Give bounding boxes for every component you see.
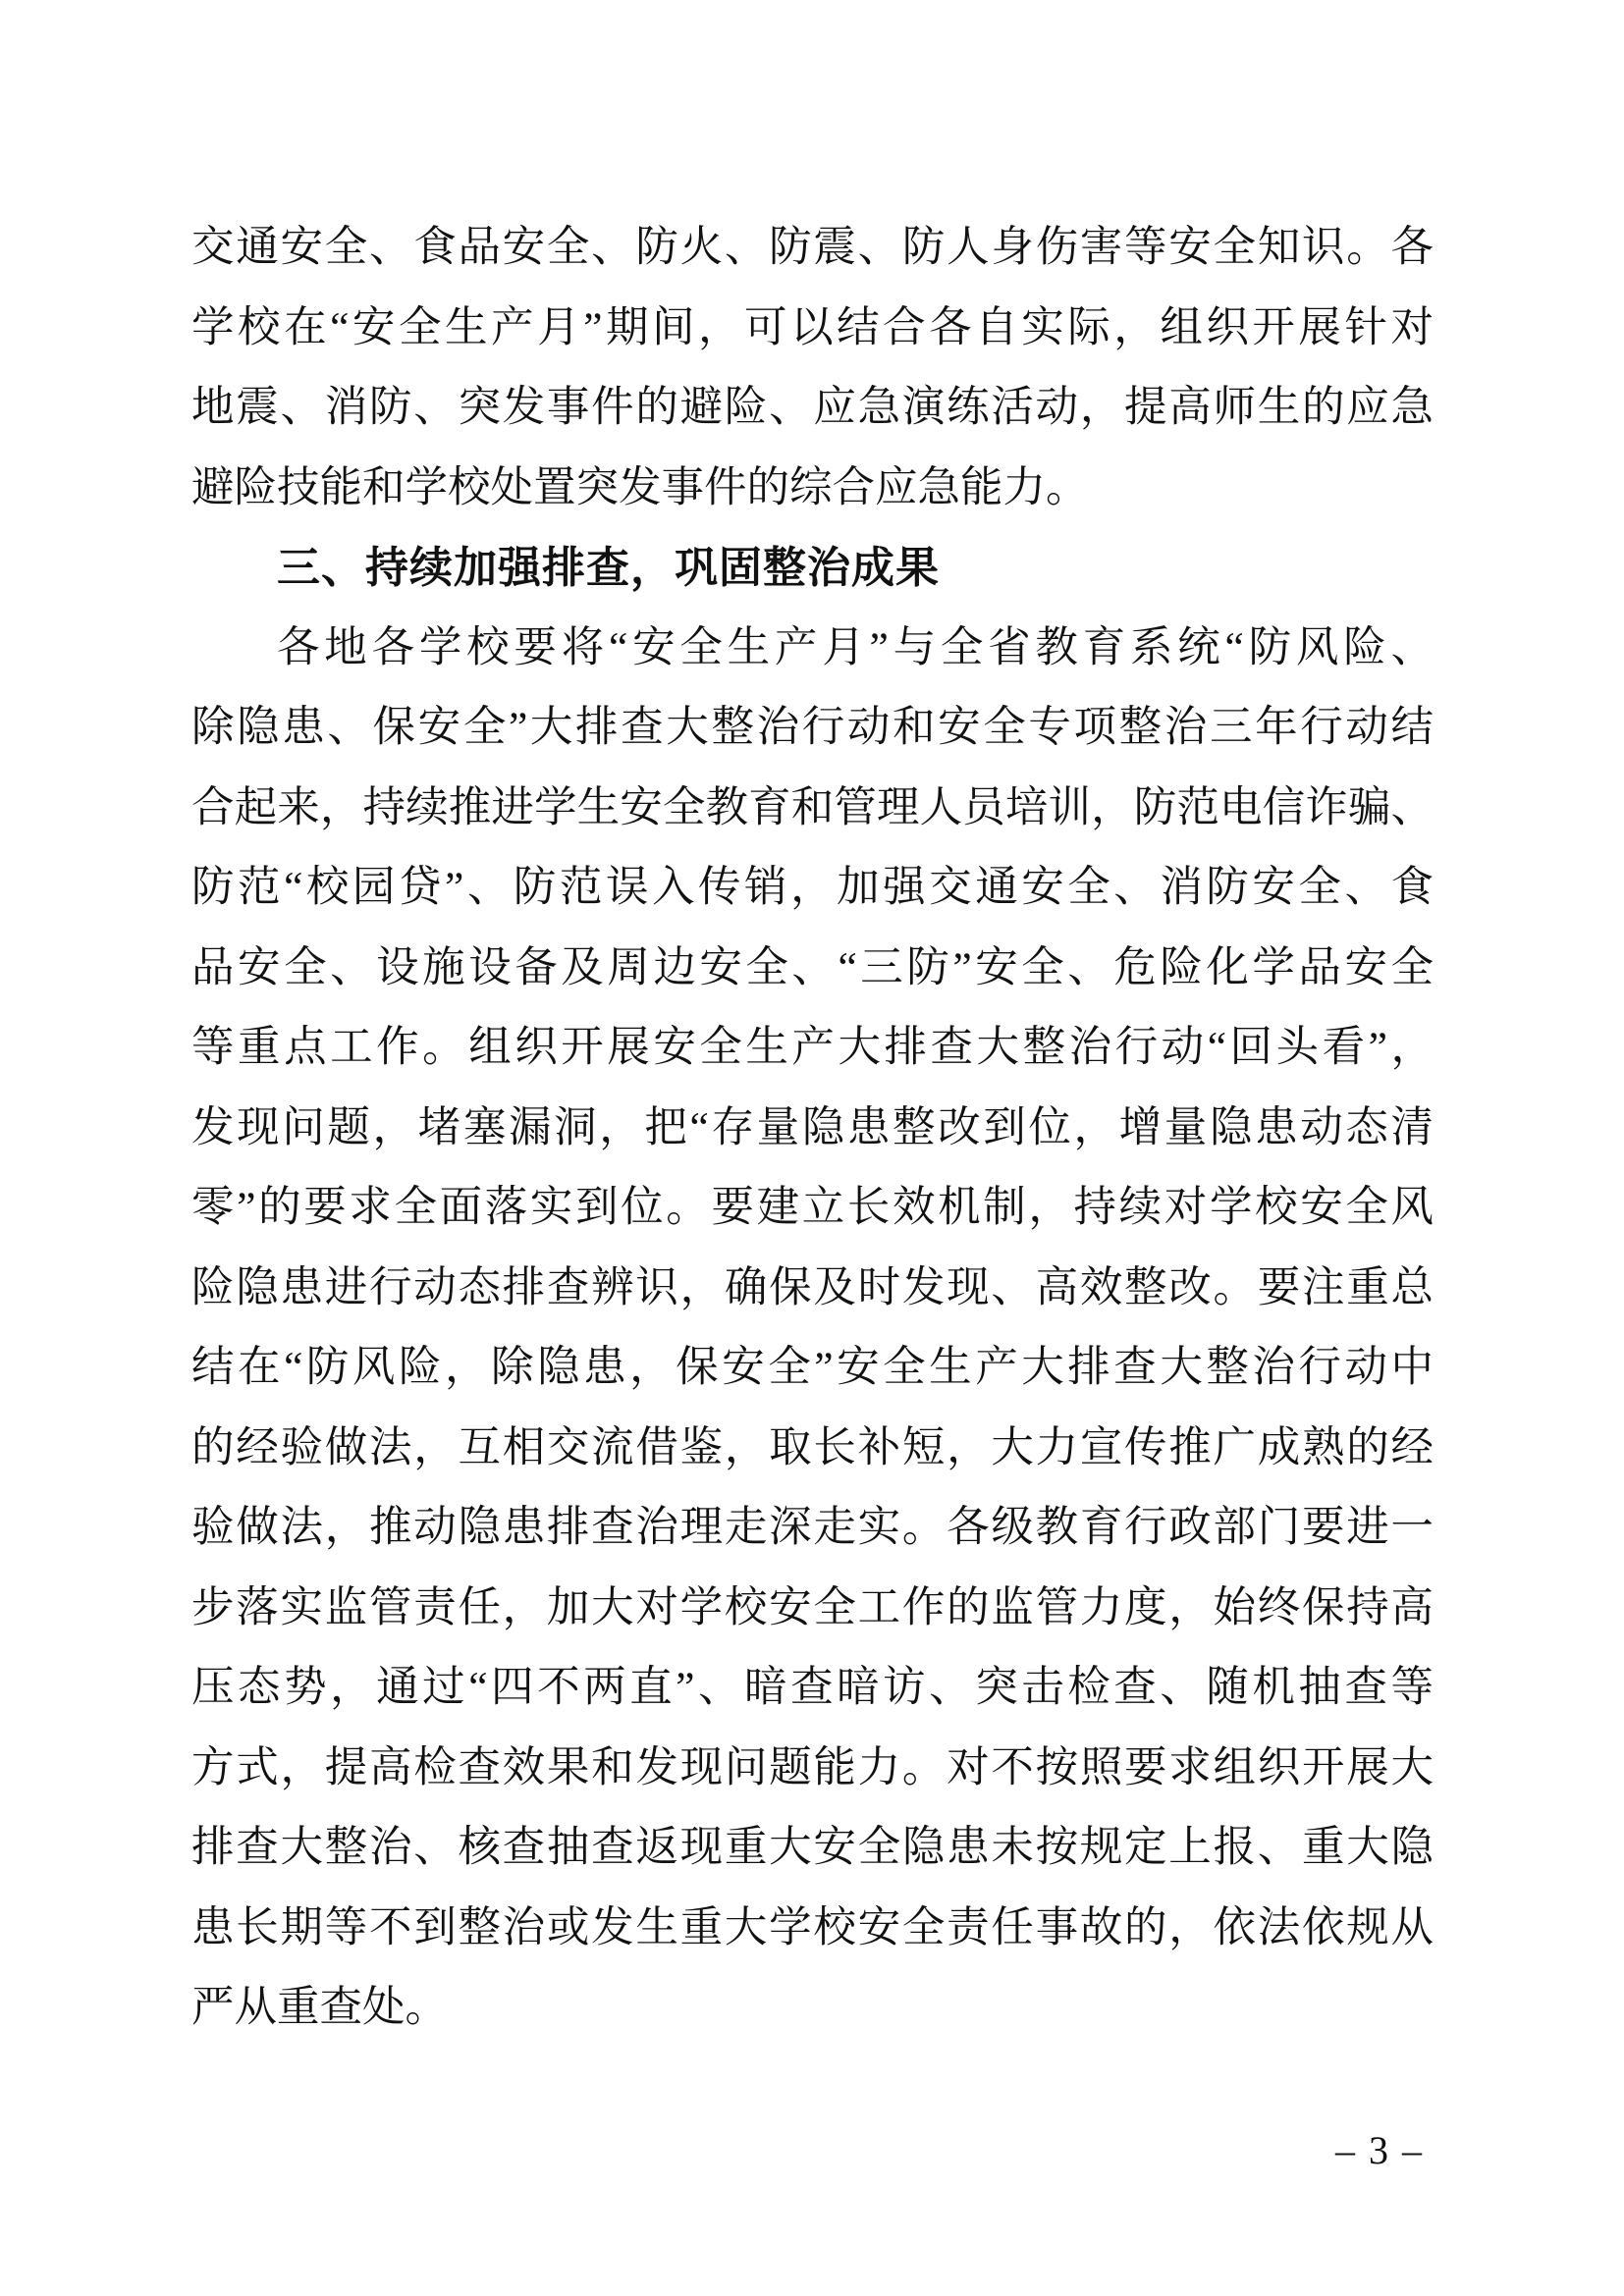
body-text-line: 零”的要求全面落实到位。要建立长效机制，持续对学校安全风 (191, 1168, 1434, 1249)
body-text-line: 各地各学校要将“安全生产月”与全省教育系统“防风险、 (191, 609, 1434, 689)
body-text-line: 等重点工作。组织开展安全生产大排查大整治行动“回头看”， (191, 1008, 1434, 1089)
body-text-line: 的经验做法，互相交流借鉴，取长补短，大力宣传推广成熟的经 (191, 1409, 1434, 1489)
body-text-line: 排查大整治、核查抽查返现重大安全隐患未按规定上报、重大隐 (191, 1808, 1434, 1889)
body-text-line: 交通安全、食品安全、防火、防震、防人身伤害等安全知识。各 (191, 208, 1434, 289)
body-text-line: 品安全、设施设备及周边安全、“三防”安全、危险化学品安全 (191, 929, 1434, 1009)
body-text-line: 结在“防风险，除隐患，保安全”安全生产大排查大整治行动中 (191, 1328, 1434, 1409)
body-text-line: 除隐患、保安全”大排查大整治行动和安全专项整治三年行动结 (191, 688, 1434, 769)
body-text-line: 地震、消防、突发事件的避险、应急演练活动，提高师生的应急 (191, 368, 1434, 449)
body-text-line: 严从重查处。 (191, 1968, 1434, 2049)
body-text-line: 险隐患进行动态排查辨识，确保及时发现、高效整改。要注重总 (191, 1249, 1434, 1329)
body-text-line: 步落实监管责任，加大对学校安全工作的监管力度，始终保持高 (191, 1569, 1434, 1649)
section-heading: 三、持续加强排查，巩固整治成果 (191, 528, 1434, 609)
body-text-line: 防范“校园贷”、防范误入传销，加强交通安全、消防安全、食 (191, 848, 1434, 929)
body-text-line: 患长期等不到整治或发生重大学校安全责任事故的，依法依规从 (191, 1889, 1434, 1969)
page-number: – 3 – (1316, 2128, 1443, 2173)
body-text-line: 合起来，持续推进学生安全教育和管理人员培训，防范电信诈骗、 (191, 769, 1434, 849)
body-text-line: 发现问题，堵塞漏洞，把“存量隐患整改到位，增量隐患动态清 (191, 1089, 1434, 1169)
body-text-line: 验做法，推动隐患排查治理走深走实。各级教育行政部门要进一 (191, 1488, 1434, 1569)
body-text-line: 避险技能和学校处置突发事件的综合应急能力。 (191, 449, 1434, 529)
document-body: 交通安全、食品安全、防火、防震、防人身伤害等安全知识。各学校在“安全生产月”期间… (191, 208, 1434, 2049)
body-text-line: 方式，提高检查效果和发现问题能力。对不按照要求组织开展大 (191, 1729, 1434, 1809)
document-page: 交通安全、食品安全、防火、防震、防人身伤害等安全知识。各学校在“安全生产月”期间… (0, 0, 1624, 2296)
body-text-line: 压态势，通过“四不两直”、暗查暗访、突击检查、随机抽查等 (191, 1648, 1434, 1729)
body-text-line: 学校在“安全生产月”期间，可以结合各自实际，组织开展针对 (191, 289, 1434, 369)
